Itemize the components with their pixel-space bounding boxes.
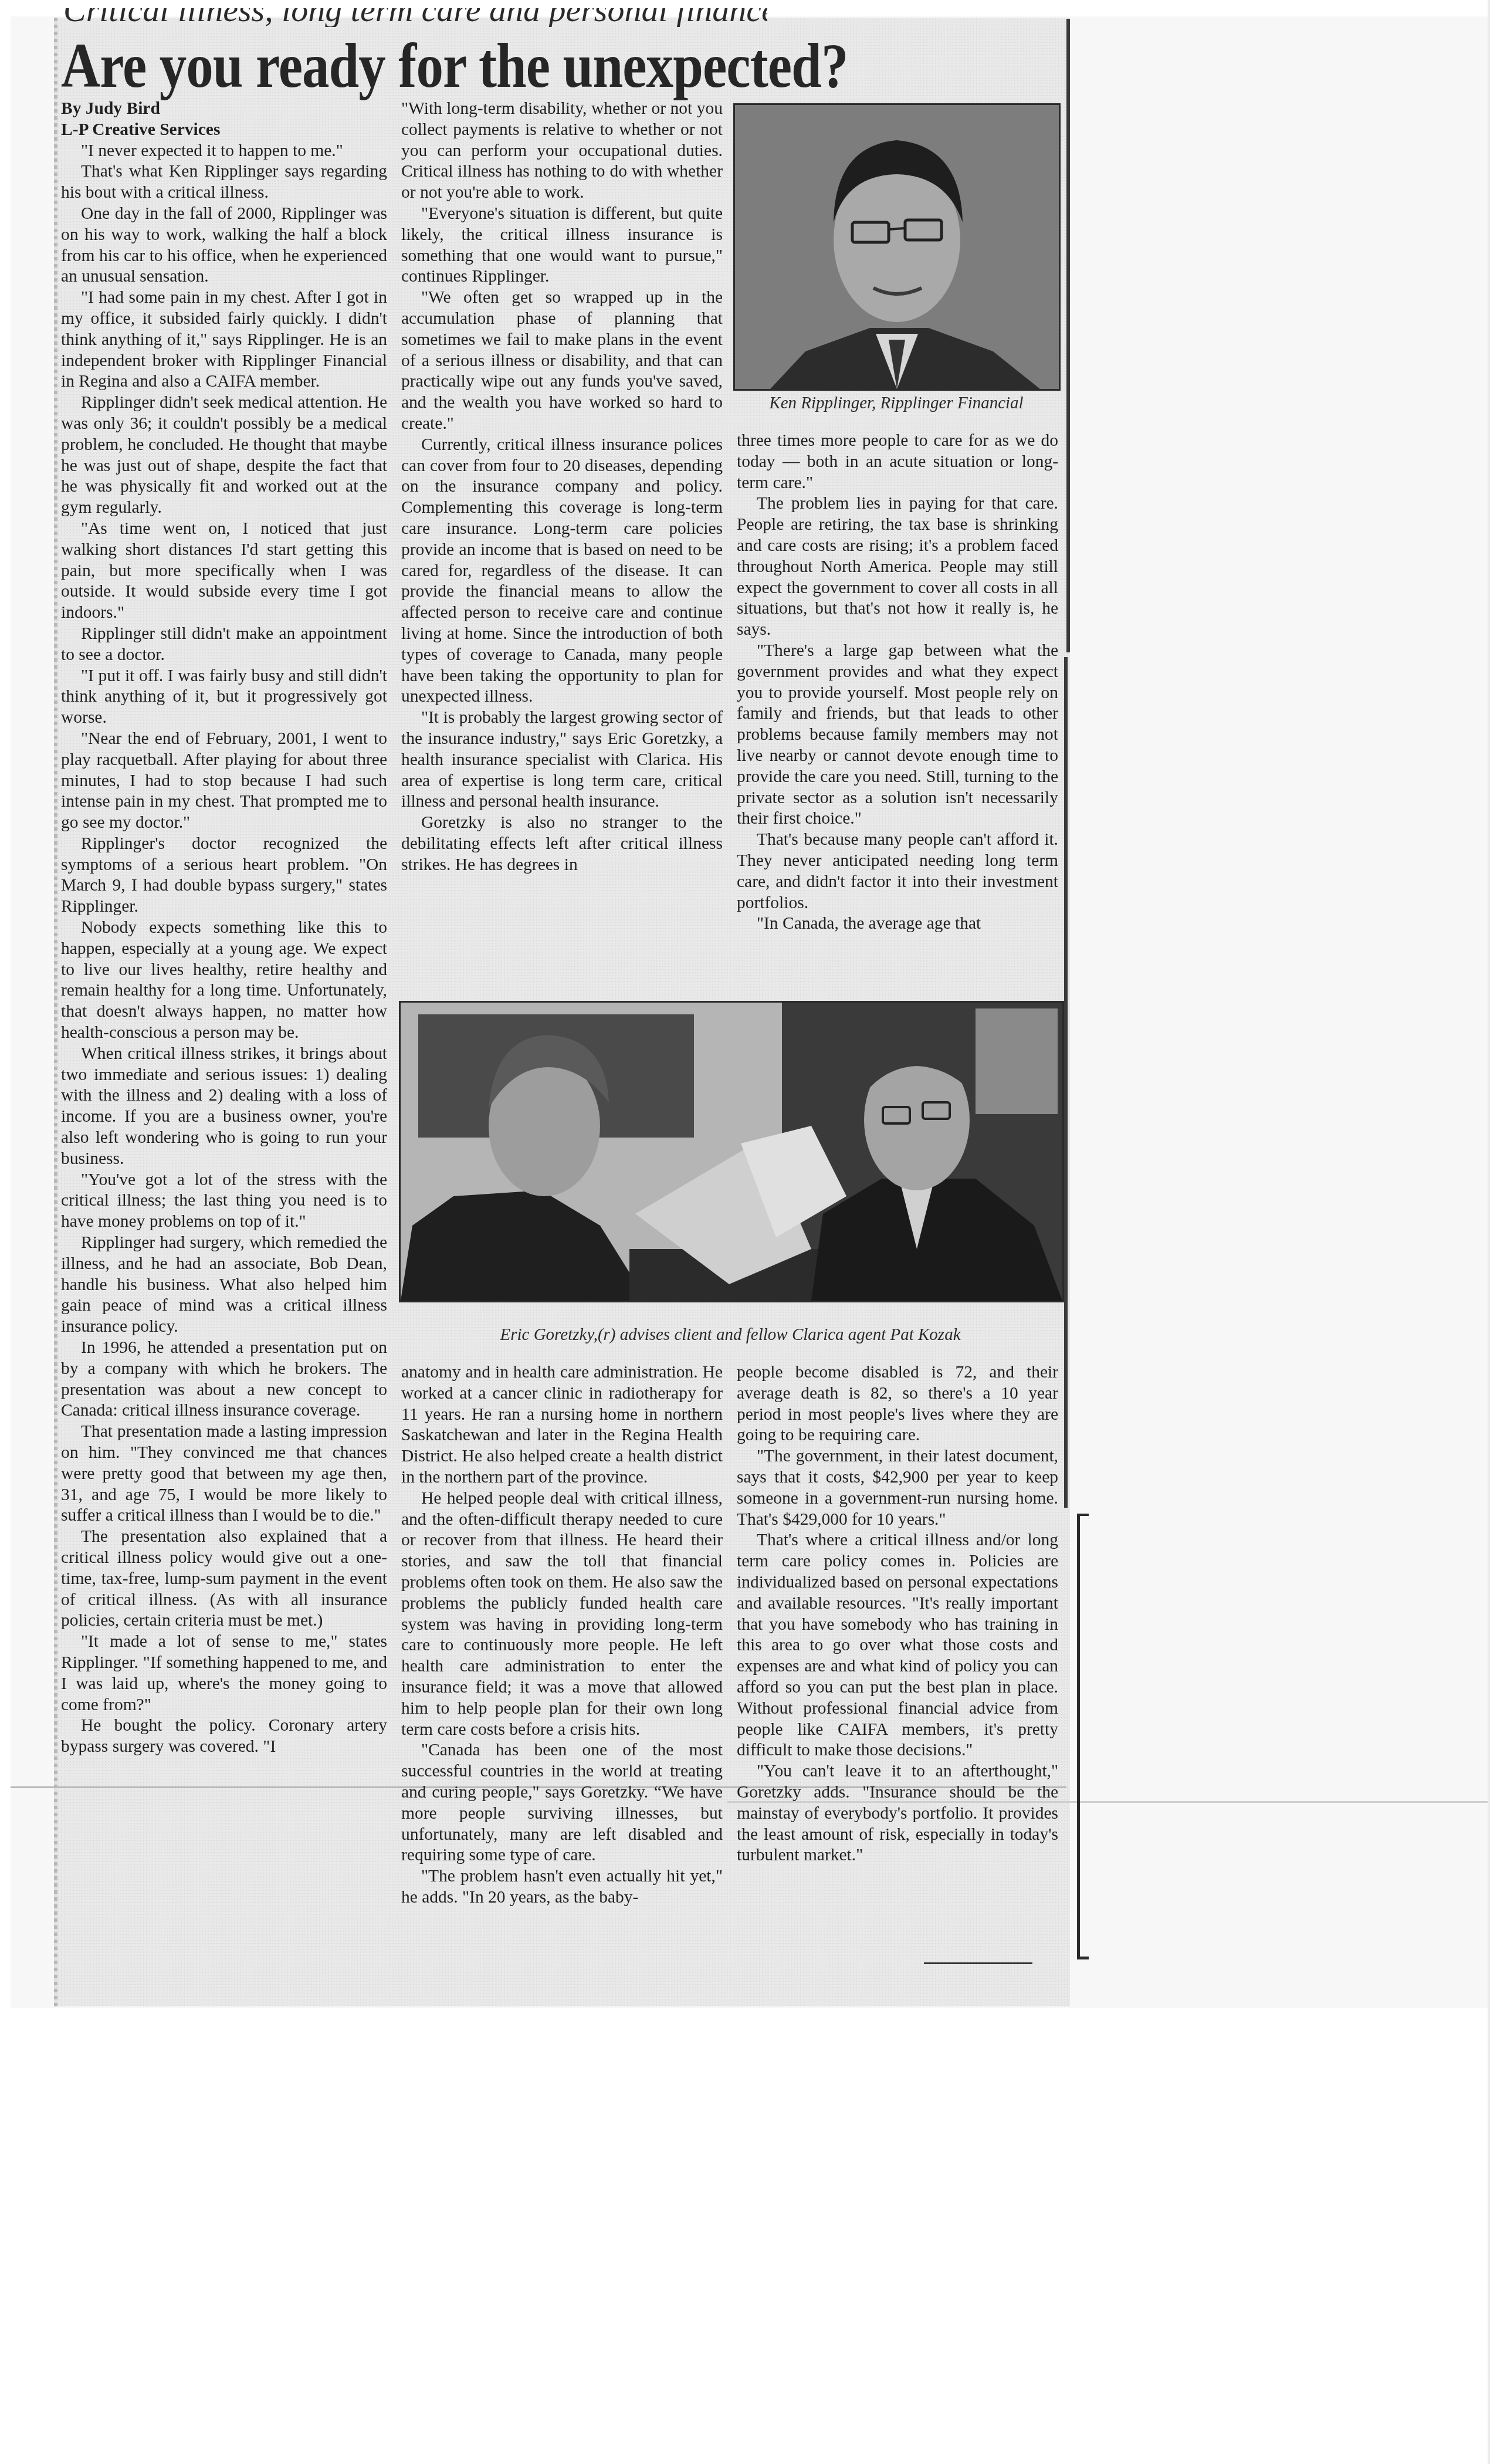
- paragraph: When critical illness strikes, it brings…: [61, 1044, 387, 1170]
- border-rule: [1066, 19, 1070, 652]
- torn-left-edge: [54, 18, 57, 2006]
- article-end-rule: [924, 1962, 1032, 1964]
- paragraph: Currently, critical illness insurance po…: [401, 435, 723, 708]
- paragraph: "I put it off. I was fairly busy and sti…: [61, 666, 387, 729]
- paragraph: Goretzky is also no stranger to the debi…: [401, 813, 723, 875]
- paragraph: He helped people deal with critical illn…: [401, 1488, 723, 1741]
- paragraph: That presentation made a lasting impress…: [61, 1421, 387, 1527]
- paragraph: Ripplinger still didn't make an appointm…: [61, 624, 387, 666]
- paragraph: "Everyone's situation is different, but …: [401, 204, 723, 287]
- article-column-3-bottom: people become disabled is 72, and their …: [737, 1362, 1058, 1866]
- paragraph: "Canada has been one of the most success…: [401, 1740, 723, 1866]
- paragraph: That's because many people can't afford …: [737, 830, 1058, 913]
- kicker-line: Critical illness, long term care and per…: [63, 8, 767, 27]
- byline-author: By Judy Bird: [61, 99, 387, 120]
- paragraph: Nobody expects something like this to ha…: [61, 918, 387, 1044]
- paragraph: The problem lies in paying for that care…: [737, 493, 1058, 641]
- paragraph: "It is probably the largest growing sect…: [401, 708, 723, 813]
- article-column-2-top: "With long-term disability, whether or n…: [401, 99, 723, 875]
- paragraph: Ripplinger's doctor recognized the sympt…: [61, 834, 387, 918]
- paragraph: He bought the policy. Coronary artery by…: [61, 1715, 387, 1758]
- portrait-illustration: [735, 105, 1059, 389]
- photo-caption-goretzky: Eric Goretzky,(r) advises client and fel…: [399, 1325, 1062, 1345]
- paragraph: "The problem hasn't even actually hit ye…: [401, 1866, 723, 1908]
- paragraph: That's what Ken Ripplinger says regardin…: [61, 161, 387, 204]
- paragraph: In 1996, he attended a presentation put …: [61, 1338, 387, 1421]
- scan-edge: [1488, 0, 1490, 2464]
- paragraph: "As time went on, I noticed that just wa…: [61, 519, 387, 624]
- byline-organization: L-P Creative Services: [61, 120, 387, 141]
- paragraph: "Near the end of February, 2001, I went …: [61, 729, 387, 834]
- paragraph: "It made a lot of sense to me," states R…: [61, 1632, 387, 1715]
- paragraph: Ripplinger didn't seek medical attention…: [61, 392, 387, 519]
- photo-ken-ripplinger: [733, 103, 1061, 391]
- photo-goretzky-kozak: [399, 1001, 1064, 1302]
- paragraph: The presentation also explained that a c…: [61, 1527, 387, 1632]
- office-scene-illustration: [401, 1003, 1062, 1301]
- paragraph: Ripplinger had surgery, which remedied t…: [61, 1233, 387, 1338]
- border-bracket: [1077, 1514, 1089, 1959]
- paragraph: "You've got a lot of the stress with the…: [61, 1170, 387, 1233]
- article-column-1: By Judy Bird L-P Creative Services "I ne…: [61, 99, 387, 1758]
- paragraph: One day in the fall of 2000, Ripplinger …: [61, 204, 387, 287]
- paragraph: "The government, in their latest documen…: [737, 1446, 1058, 1530]
- photo-caption-ken: Ken Ripplinger, Ripplinger Financial: [733, 393, 1059, 413]
- paragraph: "You can't leave it to an afterthought,"…: [737, 1761, 1058, 1866]
- paragraph: people become disabled is 72, and their …: [737, 1362, 1058, 1446]
- article-column-3-top: three times more people to care for as w…: [737, 431, 1058, 935]
- paragraph: anatomy and in health care administratio…: [401, 1362, 723, 1488]
- paragraph: "There's a large gap between what the go…: [737, 641, 1058, 830]
- paragraph: "I had some pain in my chest. After I go…: [61, 287, 387, 392]
- border-rule: [1064, 657, 1068, 1508]
- paragraph: That's where a critical illness and/or l…: [737, 1530, 1058, 1761]
- article-column-2-bottom: anatomy and in health care administratio…: [401, 1362, 723, 1908]
- paragraph: "I never expected it to happen to me.": [61, 141, 387, 162]
- paragraph: "We often get so wrapped up in the accum…: [401, 287, 723, 435]
- paragraph: "In Canada, the average age that: [737, 913, 1058, 935]
- paragraph: three times more people to care for as w…: [737, 431, 1058, 493]
- headline: Are you ready for the unexpected?: [61, 28, 848, 104]
- paragraph: "With long-term disability, whether or n…: [401, 99, 723, 204]
